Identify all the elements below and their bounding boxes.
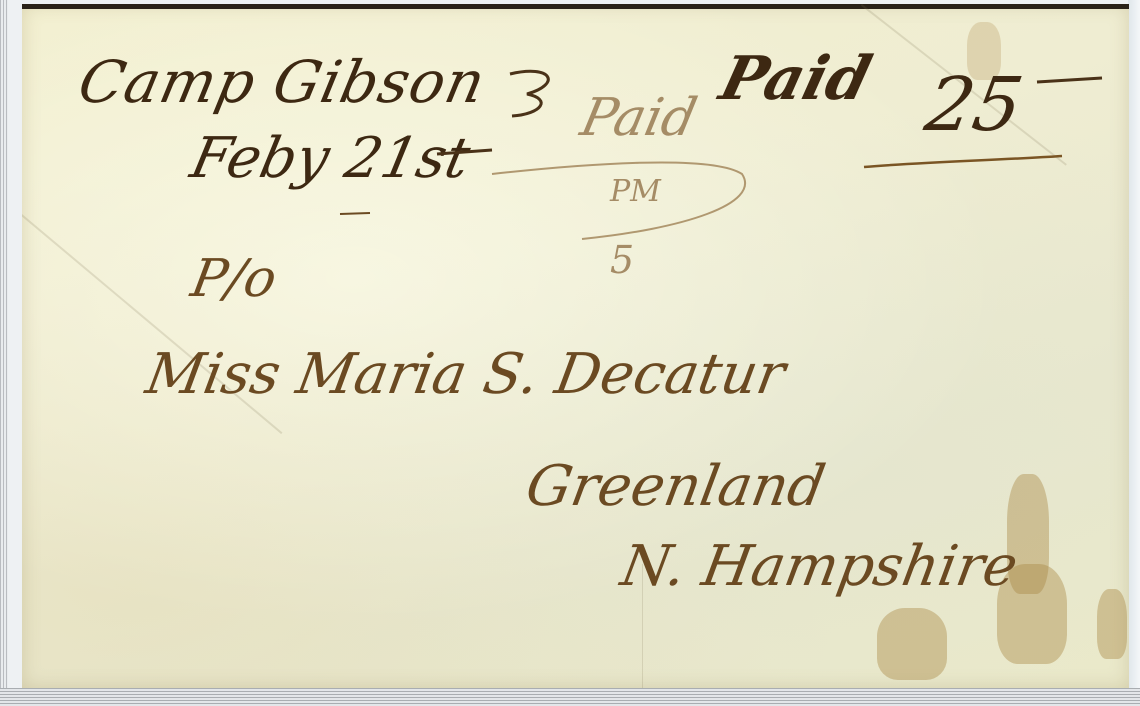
water-stain-right-edge xyxy=(1097,589,1127,659)
address-state: N. Hampshire xyxy=(616,534,1022,599)
sender-origin-text: Camp Gibson xyxy=(73,48,492,116)
rate-dash xyxy=(1037,78,1102,82)
per-notation: P/o xyxy=(187,249,281,309)
protective-sleeve-bottom-edge xyxy=(0,688,1140,706)
letter-cover: Camp Gibson Feby 21st Paid 25 Paid PM 5 … xyxy=(22,4,1129,688)
date-text: Feby 21st xyxy=(185,126,476,191)
protective-sleeve-right-edge xyxy=(1128,0,1140,706)
address-town: Greenland xyxy=(521,454,830,519)
protective-sleeve-left-edge xyxy=(0,0,8,706)
rate-underline xyxy=(864,156,1062,167)
postmaster-initials: PM xyxy=(610,174,661,209)
paid-marking: Paid xyxy=(713,44,878,114)
addressee-name: Miss Maria S. Decatur xyxy=(141,342,790,407)
paid-marking-faint: Paid xyxy=(576,88,702,148)
postage-rate: 25 xyxy=(919,62,1028,148)
postage-rate-faint: 5 xyxy=(610,238,634,282)
sender-flourish xyxy=(510,71,548,116)
date-underline xyxy=(340,213,370,214)
water-stain-bottom-1 xyxy=(877,608,947,680)
